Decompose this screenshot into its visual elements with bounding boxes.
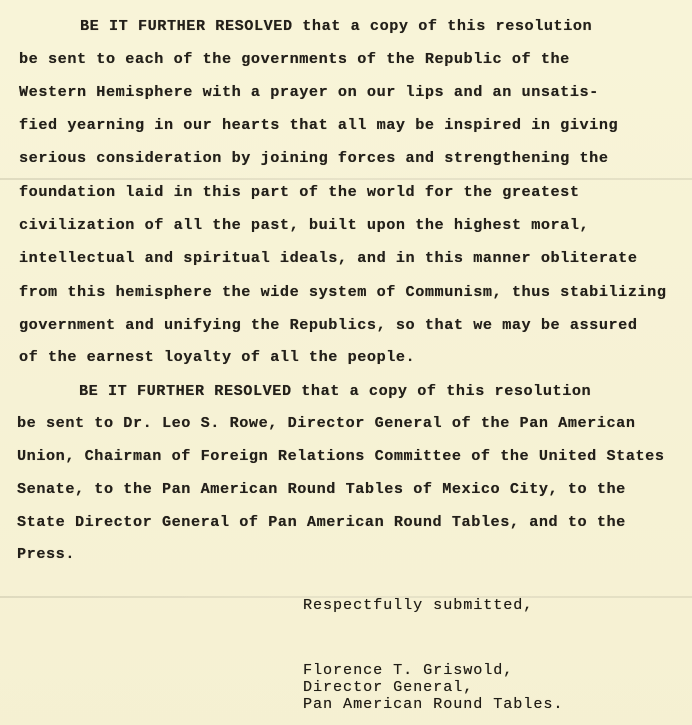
paragraph-2-line-3: Union, Chairman of Foreign Relations Com… (17, 447, 665, 465)
closing-text: Respectfully submitted, (303, 596, 533, 614)
document-page: BE IT FURTHER RESOLVED that a copy of th… (0, 0, 692, 725)
paragraph-2-line-1: BE IT FURTHER RESOLVED that a copy of th… (79, 382, 591, 400)
paragraph-1-line-11: of the earnest loyalty of all the people… (19, 348, 415, 366)
paragraph-1-line-7: civilization of all the past, built upon… (19, 216, 589, 234)
paragraph-1-line-10: government and unifying the Republics, s… (19, 316, 638, 334)
signature-name: Florence T. Griswold, (303, 662, 513, 679)
paragraph-2-line-4: Senate, to the Pan American Round Tables… (17, 480, 626, 498)
paragraph-1-line-9: from this hemisphere the wide system of … (19, 283, 667, 301)
paper-fold-line (0, 178, 692, 180)
paragraph-2-line-2: be sent to Dr. Leo S. Rowe, Director Gen… (17, 414, 636, 432)
paragraph-2-line-5: State Director General of Pan American R… (17, 513, 626, 531)
paragraph-1-line-6: foundation laid in this part of the worl… (19, 183, 580, 201)
signature-title: Director General, (303, 679, 473, 696)
paragraph-1-line-2: be sent to each of the governments of th… (19, 50, 570, 68)
paragraph-1-line-4: fied yearning in our hearts that all may… (19, 116, 618, 134)
paragraph-1-line-8: intellectual and spiritual ideals, and i… (19, 249, 638, 267)
paragraph-1-line-5: serious consideration by joining forces … (19, 149, 609, 167)
paragraph-1-line-3: Western Hemisphere with a prayer on our … (19, 83, 599, 101)
paragraph-1-line-1: BE IT FURTHER RESOLVED that a copy of th… (80, 17, 592, 35)
paragraph-2-line-6: Press. (17, 545, 75, 563)
signature-organization: Pan American Round Tables. (303, 696, 563, 713)
